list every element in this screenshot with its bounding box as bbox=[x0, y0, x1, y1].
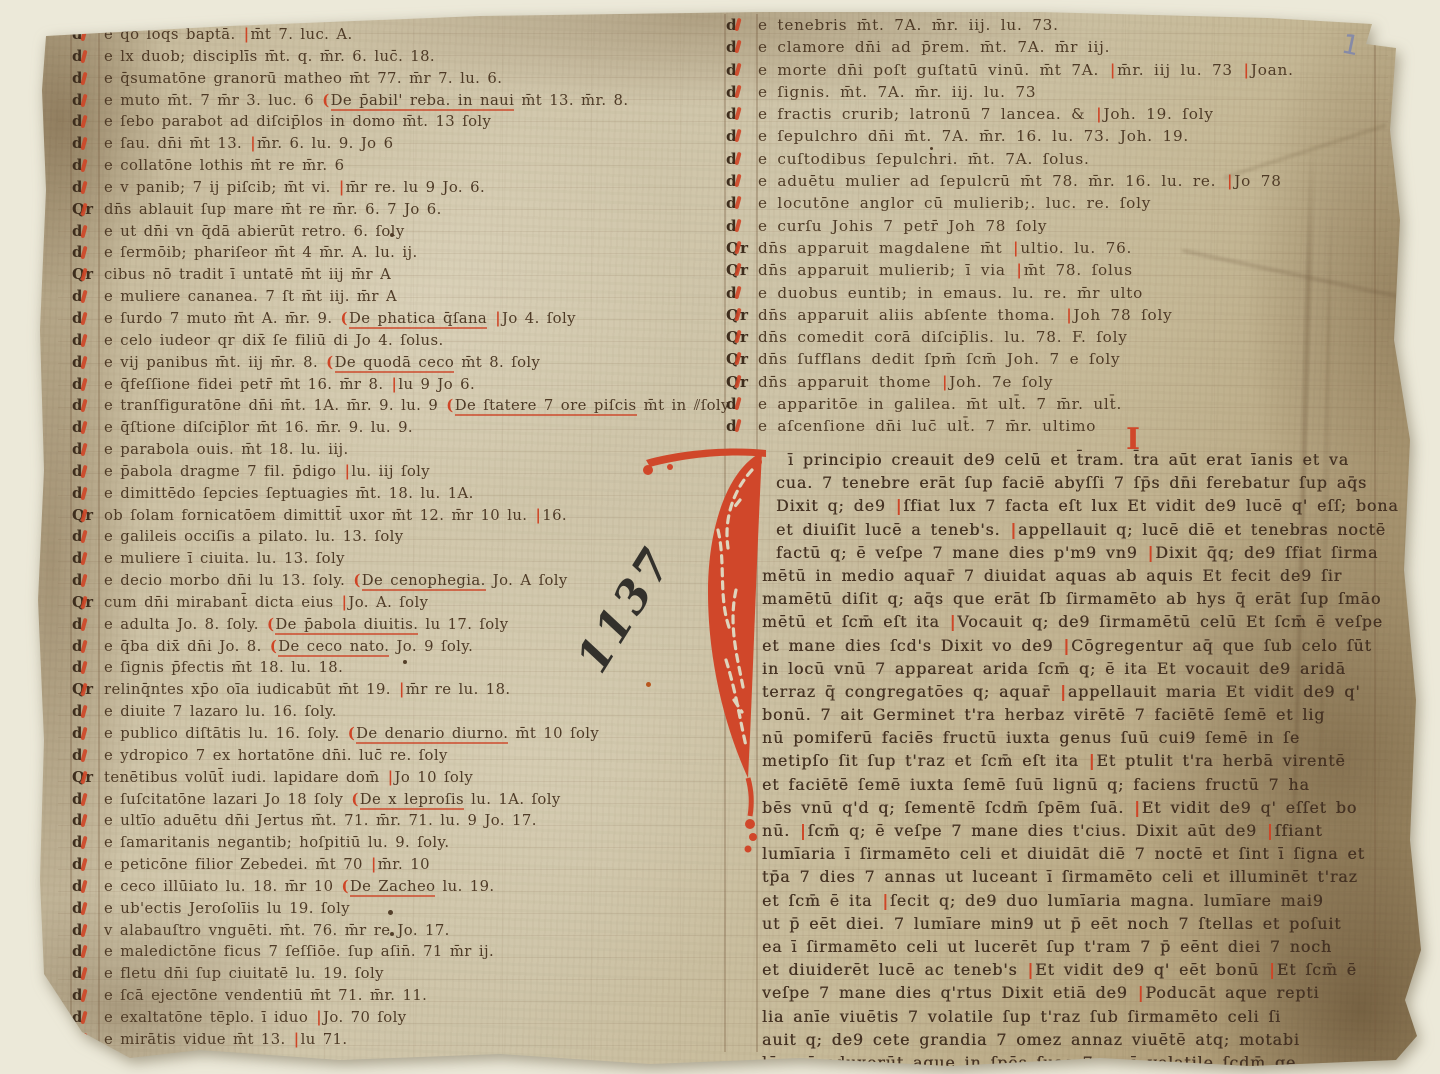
line-text: metipſo ſit ſup t'raz et ſcm̄ eſt ita bbox=[762, 751, 1088, 770]
line-text: e ſau. dn̄i m̄t 13. bbox=[104, 135, 249, 152]
red-touch-mark bbox=[80, 574, 87, 587]
margin-letter: d bbox=[72, 417, 104, 439]
margin-letter: d bbox=[72, 242, 104, 264]
line-text: e fractis crurib; latronū 7 lancea. & bbox=[758, 105, 1095, 123]
line-text: dn̄s comedit corā diſcip̄lis. lu. 78. F.… bbox=[758, 328, 1128, 346]
line-text: e q̄feſſione fidei petr̄ m̄t 16. m̄r 8. bbox=[104, 376, 391, 393]
genesis-line: tp̄a 7 dies 7 annas ut luceant ī ſirmamē… bbox=[762, 865, 1386, 888]
index-line: de muliere ī ciuita. lu. 13. ſoly bbox=[72, 548, 684, 570]
red-touch-mark bbox=[80, 530, 87, 543]
red-touch-mark bbox=[734, 375, 741, 388]
margin-letter: d bbox=[72, 461, 104, 483]
line-text: e vij panibus m̄t. iij m̄r. 8. bbox=[104, 354, 325, 371]
index-line: Qrdn̄s ablauit ſup mare m̄t re m̄r. 6. 7… bbox=[72, 199, 684, 221]
margin-letter: d bbox=[726, 415, 758, 437]
line-text: e ſignis. m̄t. 7A. m̄r. iij. lu. 73 bbox=[758, 83, 1036, 101]
line-text: e exaltatōne tēplo. ī iduo bbox=[104, 1009, 315, 1026]
genesis-line: lē quī pduxerūt aque in ſpēs ſuas 7 omē … bbox=[762, 1051, 1386, 1074]
red-touch-mark bbox=[80, 224, 87, 237]
index-line: Qrdn̄s ſufflans dedit ſpm̄ ſcm̄ Joh. 7 e… bbox=[726, 348, 1390, 370]
red-mark: | bbox=[495, 310, 501, 327]
red-touch-mark bbox=[80, 399, 87, 412]
red-mark: | bbox=[1010, 520, 1017, 539]
margin-letter: d bbox=[72, 854, 104, 876]
red-touch-mark bbox=[80, 246, 87, 259]
red-touch-mark bbox=[80, 1033, 87, 1046]
red-mark: | bbox=[399, 681, 405, 698]
margin-letter: d bbox=[72, 24, 104, 46]
index-line: de mirātis vidue m̄t 13. |lu 71. bbox=[72, 1029, 684, 1051]
line-text: m̄r re. lu 9 Jo. 6. bbox=[346, 179, 485, 196]
index-line: de muliere cananea. 7 ſt m̄t iij. m̄r A bbox=[72, 286, 684, 308]
margin-letter: d bbox=[726, 59, 758, 81]
line-text: appellauit maria Et vidit de9 q' bbox=[1068, 682, 1361, 701]
line-text: Et vidit de9 q' eēt bonū bbox=[1035, 960, 1268, 979]
index-line: de aduētu mulier ad ſepulcrū m̄t 78. m̄r… bbox=[726, 170, 1390, 192]
line-text: m̄t 8. ſoly bbox=[454, 354, 540, 371]
line-text: e qo loq̄s baptā. bbox=[104, 26, 243, 43]
red-touch-mark bbox=[80, 50, 87, 63]
guide-letter-i: I bbox=[1126, 422, 1140, 457]
index-line: de maledictōne ficus 7 ſeſſiōe. ſup aſin… bbox=[72, 941, 684, 963]
genesis-line: metipſo ſit ſup t'raz et ſcm̄ eſt ita |E… bbox=[762, 749, 1386, 772]
line-text: e ſurdo 7 muto m̄t A. m̄r. 9. bbox=[104, 310, 340, 327]
index-line: de collatōne lothis m̄t re m̄r. 6 bbox=[72, 155, 684, 177]
red-touch-mark bbox=[80, 268, 87, 281]
red-touch-mark bbox=[80, 552, 87, 565]
index-line: de muto m̄t. 7 m̄r 3. luc. 6 (De p̄abil'… bbox=[72, 90, 684, 112]
red-touch-mark bbox=[80, 203, 87, 216]
red-mark: | bbox=[882, 891, 889, 910]
line-text: Jo. A ſoly bbox=[486, 572, 568, 589]
genesis-line: et mane dies ſcd's Dixit vo de9 |Cōgrege… bbox=[762, 634, 1386, 657]
line-text: et diuiſit lucē a teneb's. bbox=[776, 520, 1009, 539]
red-touch-mark bbox=[80, 312, 87, 325]
margin-letter: d bbox=[72, 155, 104, 177]
line-text: e morte dn̄i poſt guſtatū vinū. m̄t 7A. bbox=[758, 61, 1109, 79]
margin-letter: d bbox=[726, 36, 758, 58]
margin-letter: d bbox=[726, 125, 758, 147]
margin-letter: d bbox=[72, 963, 104, 985]
line-text: ut p̄ eēt diei. 7 lumīare min9 ut p̄ eēt… bbox=[762, 914, 1342, 933]
line-text: lu. 19. bbox=[435, 878, 494, 895]
red-touch-mark bbox=[80, 28, 87, 41]
index-line: de duobus euntib; in emaus. lu. re. m̄r … bbox=[726, 282, 1390, 304]
line-text: lumīaria ī ſirmamēto celi et diuidāt diē… bbox=[762, 844, 1365, 863]
line-text: Et ptulit t'ra herbā virentē bbox=[1096, 751, 1345, 770]
line-text: e aſcenſione dn̄i luc̄ ult̄. 7 m̄r. ulti… bbox=[758, 417, 1096, 435]
line-text: e muliere cananea. 7 ſt m̄t iij. m̄r A bbox=[104, 288, 397, 305]
line-text: m̄t 78. ſolus bbox=[1024, 261, 1133, 279]
index-line: de ut dn̄i vn q̄dā abierūt retro. 6. ſol… bbox=[72, 221, 684, 243]
line-text: Vocauit q; de9 ſirmamētū celū Et ſcm̄ ē … bbox=[957, 612, 1383, 631]
red-touch-mark bbox=[80, 443, 87, 456]
red-mark: | bbox=[1269, 960, 1276, 979]
line-text: dn̄s ſufflans dedit ſpm̄ ſcm̄ Joh. 7 e ſ… bbox=[758, 350, 1120, 368]
index-line: Qrdn̄s apparuit aliis abſente thoma. |Jo… bbox=[726, 304, 1390, 326]
red-mark: | bbox=[244, 26, 250, 43]
index-line: de parabola ouis. m̄t 18. lu. iij. bbox=[72, 439, 684, 461]
line-text: v alabauſtro vnguēti. m̄t. 76. m̄r re Jo… bbox=[104, 922, 450, 939]
margin-letter: d bbox=[72, 395, 104, 417]
red-touch-mark bbox=[80, 159, 87, 172]
red-mark: | bbox=[294, 1031, 300, 1048]
index-line: de morte dn̄i poſt guſtatū vinū. m̄t 7A.… bbox=[726, 59, 1390, 81]
red-mark: | bbox=[1148, 543, 1155, 562]
genesis-line: mētū et ſcm̄ eſt ita |Vocauit q; de9 ſir… bbox=[762, 610, 1386, 633]
red-touch-mark bbox=[80, 355, 87, 368]
line-text: e apparitōe in galilea. m̄t ult̄. 7 m̄r.… bbox=[758, 395, 1122, 413]
rubric-text: De Zacheo bbox=[350, 878, 436, 897]
red-touch-mark bbox=[734, 174, 741, 187]
genesis-line: ut p̄ eēt diei. 7 lumīare min9 ut p̄ eēt… bbox=[762, 912, 1386, 935]
line-text: 16. bbox=[542, 507, 567, 524]
index-line: de ſignis. m̄t. 7A. m̄r. iij. lu. 73 bbox=[726, 81, 1390, 103]
margin-letter: d bbox=[72, 701, 104, 723]
line-text: ea ī ſirmamēto celi ut lucerēt ſup t'ram… bbox=[762, 937, 1332, 956]
margin-letter: d bbox=[72, 133, 104, 155]
line-text: cibus nō tradit ī untatē m̄t iij m̄r A bbox=[104, 266, 391, 283]
red-touch-mark bbox=[80, 814, 87, 827]
genesis-line: lumīaria ī ſirmamēto celi et diuidāt diē… bbox=[762, 842, 1386, 865]
red-mark: | bbox=[250, 135, 256, 152]
line-text: et mane dies ſcd's Dixit vo de9 bbox=[762, 636, 1062, 655]
margin-letter: d bbox=[72, 46, 104, 68]
red-mark: | bbox=[342, 594, 348, 611]
margin-letter: d bbox=[72, 941, 104, 963]
line-text: ſecit q; de9 duo lumīaria magna. lumīare… bbox=[890, 891, 1324, 910]
margin-letter: d bbox=[726, 81, 758, 103]
red-mark: | bbox=[1063, 636, 1070, 655]
line-text: Joan. bbox=[1251, 61, 1294, 79]
line-text: e ſebo parabot ad diſcip̄los in domo m̄t… bbox=[104, 113, 491, 130]
margin-letter: d bbox=[72, 483, 104, 505]
margin-letter: Qr bbox=[72, 199, 104, 221]
line-text: m̄t in ⫽ſoly bbox=[637, 397, 730, 414]
red-mark: | bbox=[345, 463, 351, 480]
index-line: de ydropico 7 ex hortatōne dn̄i. luc̄ re… bbox=[72, 745, 684, 767]
margin-letter: d bbox=[72, 898, 104, 920]
margin-letter: d bbox=[72, 920, 104, 942]
line-text: lu 17. ſoly bbox=[418, 616, 508, 633]
index-line: de cuſtodibus ſepulchri. m̄t. 7A. ſolus. bbox=[726, 148, 1390, 170]
red-mark: | bbox=[1066, 306, 1072, 324]
index-line: de decio morbo dn̄i lu 13. ſoly. (De cen… bbox=[72, 570, 684, 592]
line-text: dn̄s apparuit aliis abſente thoma. bbox=[758, 306, 1065, 324]
red-touch-mark bbox=[734, 241, 741, 254]
line-text: e v panib; 7 ij piſcib; m̄t vi. bbox=[104, 179, 338, 196]
red-mark: | bbox=[896, 496, 903, 515]
line-text: e q̄sumatōne granorū matheo m̄t 77. m̄r … bbox=[104, 70, 502, 87]
genesis-line: bonū. 7 ait Germinet t'ra herbaz virētē … bbox=[762, 703, 1386, 726]
index-line: de fractis crurib; latronū 7 lancea. & |… bbox=[726, 103, 1390, 125]
red-mark: ( bbox=[351, 791, 358, 808]
line-text: Jo 78 bbox=[1234, 172, 1281, 190]
line-text: e tranſfiguratōne dn̄i m̄t. 1A. m̄r. 9. … bbox=[104, 397, 445, 414]
red-mark: | bbox=[339, 179, 345, 196]
red-touch-mark bbox=[80, 792, 87, 805]
red-touch-mark bbox=[80, 945, 87, 958]
line-text: e aduētu mulier ad ſepulcrū m̄t 78. m̄r.… bbox=[758, 172, 1226, 190]
margin-letter: d bbox=[72, 1007, 104, 1029]
genesis-line: et diuiſit lucē a teneb's. |appellauit q… bbox=[776, 518, 1386, 541]
line-text: e duobus euntib; in emaus. lu. re. m̄r u… bbox=[758, 284, 1143, 302]
line-text: e diuite 7 lazaro lu. 16. ſoly. bbox=[104, 703, 337, 720]
index-line: Qrcum dn̄i mirabant̄ dicta eius |Jo. A. … bbox=[72, 592, 684, 614]
line-text: relinq̄ntes xp̄o oīa iudicabūt m̄t 19. bbox=[104, 681, 398, 698]
rubric-text: De denario diurno. bbox=[356, 725, 508, 744]
red-touch-mark bbox=[734, 152, 741, 165]
red-mark: ( bbox=[267, 616, 274, 633]
parchment-leaf: de qo loq̄s baptā. |m̄t 7. luc. A.de lx … bbox=[0, 0, 1440, 1074]
genesis-text-block: ī principio creauit de9 celū et t̄ram. t… bbox=[762, 448, 1386, 1074]
genesis-line: nū pomiferū faciēs fructū iuxta genus ſu… bbox=[762, 726, 1386, 749]
red-mark: | bbox=[1227, 172, 1233, 190]
line-text: lē quī pduxerūt aque in ſpēs ſuas 7 omē … bbox=[762, 1053, 1296, 1072]
line-text: e locutōne anglor cū mulierib;. luc. re.… bbox=[758, 194, 1151, 212]
line-text: m̄r. iij lu. 73 bbox=[1117, 61, 1242, 79]
index-line: de lx duob; disciplīs m̄t. q. m̄r. 6. lu… bbox=[72, 46, 684, 68]
red-touch-mark bbox=[734, 218, 741, 231]
line-text bbox=[487, 310, 494, 327]
red-touch-mark bbox=[80, 71, 87, 84]
genesis-line: mamētū diſit q; aq̄s que erāt ſb ſirmamē… bbox=[762, 587, 1386, 610]
line-text: dn̄s apparuit mulierib; ī via bbox=[758, 261, 1015, 279]
index-line: de clamore dn̄i ad p̄rem. m̄t. 7A. m̄r i… bbox=[726, 36, 1390, 58]
line-text: Poducāt aque repti bbox=[1145, 983, 1319, 1002]
line-text: m̄t 13. m̄r. 8. bbox=[514, 92, 628, 109]
red-touch-mark bbox=[80, 93, 87, 106]
margin-letter: d bbox=[72, 832, 104, 854]
line-text: e ydropico 7 ex hortatōne dn̄i. luc̄ re.… bbox=[104, 747, 448, 764]
line-text: mētū in medio aquar̄ 7 diuidat aquas ab … bbox=[762, 566, 1342, 585]
margin-letter: d bbox=[726, 14, 758, 36]
index-line: de v panib; 7 ij piſcib; m̄t vi. |m̄r re… bbox=[72, 177, 684, 199]
red-mark: | bbox=[1060, 682, 1067, 701]
index-column-right: de tenebris m̄t. 7A. m̄r. iij. lu. 73.de… bbox=[726, 14, 1390, 438]
line-text: lu. iij ſoly bbox=[351, 463, 430, 480]
line-text: e publico diſtātis lu. 16. ſoly. bbox=[104, 725, 347, 742]
line-text: e celo iudeor qr dix̄ ſe filiū di Jo 4. … bbox=[104, 332, 444, 349]
index-line: de ſcā ejectōne vendentiū m̄t 71. m̄r. 1… bbox=[72, 985, 684, 1007]
rubric-text: De x leproſis bbox=[360, 791, 464, 810]
margin-letter: d bbox=[72, 985, 104, 1007]
genesis-line: Dixit q; de9 |ſfiat lux 7 facta eſt lux … bbox=[776, 494, 1386, 517]
red-touch-mark bbox=[734, 285, 741, 298]
genesis-line: in locū vnū 7 appareat arida ſcm̄ q; ē i… bbox=[762, 657, 1386, 680]
line-text: e ſepulchro dn̄i m̄t. 7A. m̄r. 16. lu. 7… bbox=[758, 127, 1189, 145]
index-line: de diuite 7 lazaro lu. 16. ſoly. bbox=[72, 701, 684, 723]
line-text: mamētū diſit q; aq̄s que erāt ſb ſirmamē… bbox=[762, 589, 1381, 608]
line-text: ſfiant bbox=[1275, 821, 1323, 840]
line-text: Jo. 70 ſoly bbox=[323, 1009, 406, 1026]
index-line: de ſau. dn̄i m̄t 13. |m̄r. 6. lu. 9. Jo … bbox=[72, 133, 684, 155]
red-touch-mark bbox=[734, 352, 741, 365]
red-mark: | bbox=[942, 373, 948, 391]
red-mark: ( bbox=[353, 572, 360, 589]
line-text: m̄t 7. luc. A. bbox=[251, 26, 353, 43]
red-mark: | bbox=[371, 856, 377, 873]
red-mark: ( bbox=[322, 92, 329, 109]
line-text: e peticōne filior Zebedei. m̄t 70 bbox=[104, 856, 370, 873]
line-text: e q̄ſtione diſcip̄lor m̄t 16. m̄r. 9. lu… bbox=[104, 419, 413, 436]
index-line: de qo loq̄s baptā. |m̄t 7. luc. A. bbox=[72, 24, 684, 46]
line-text: cum dn̄i mirabant̄ dicta eius bbox=[104, 594, 341, 611]
genesis-line: factū q; ē veſpe 7 mane dies p'm9 vn9 |D… bbox=[776, 541, 1386, 564]
red-mark: | bbox=[1267, 821, 1274, 840]
red-touch-mark bbox=[80, 749, 87, 762]
red-touch-mark bbox=[80, 705, 87, 718]
line-text: mētū et ſcm̄ eſt ita bbox=[762, 612, 949, 631]
index-line: de galileis occiſis a pilato. lu. 13. ſo… bbox=[72, 526, 684, 548]
line-text: e cuſtodibus ſepulchri. m̄t. 7A. ſolus. bbox=[758, 150, 1090, 168]
red-touch-mark bbox=[734, 263, 741, 276]
line-text: e ſamaritanis negantib; hoſpitiū lu. 9. … bbox=[104, 834, 449, 851]
line-text: Jo. 9 ſoly. bbox=[389, 638, 473, 655]
index-column-left: de qo loq̄s baptā. |m̄t 7. luc. A.de lx … bbox=[72, 24, 684, 1051]
index-line: Qrdn̄s apparuit thome |Joh. 7e ſoly bbox=[726, 371, 1390, 393]
margin-letter: d bbox=[72, 614, 104, 636]
index-line: Qrob ſolam fornicatōem dimittit̄ uxor m̄… bbox=[72, 505, 684, 527]
margin-letter: d bbox=[726, 148, 758, 170]
red-touch-mark bbox=[80, 639, 87, 652]
line-text: dn̄s ablauit ſup mare m̄t re m̄r. 6. 7 J… bbox=[104, 201, 442, 218]
line-text: et ſcm̄ ē ita bbox=[762, 891, 881, 910]
margin-letter: d bbox=[72, 286, 104, 308]
index-line: de q̄sumatōne granorū matheo m̄t 77. m̄r… bbox=[72, 68, 684, 90]
line-text: e ceco illūiato lu. 18. m̄r 10 bbox=[104, 878, 341, 895]
index-line: de peticōne filior Zebedei. m̄t 70 |m̄r.… bbox=[72, 854, 684, 876]
line-text: ultio. lu. 76. bbox=[1020, 239, 1132, 257]
line-text: e galileis occiſis a pilato. lu. 13. ſol… bbox=[104, 528, 404, 545]
genesis-line: et diuiderēt lucē ac teneb's |Et vidit d… bbox=[762, 958, 1386, 981]
red-mark: ( bbox=[270, 638, 277, 655]
index-line: Qrdn̄s comedit corā diſcip̄lis. lu. 78. … bbox=[726, 326, 1390, 348]
line-text: e ſermōib; phariſeor m̄t 4 m̄r. A. lu. i… bbox=[104, 244, 418, 261]
index-line: de ultīo aduētu dn̄i Jertus m̄t. 71. m̄r… bbox=[72, 810, 684, 832]
genesis-line: et ſcm̄ ē ita |ſecit q; de9 duo lumīaria… bbox=[762, 889, 1386, 912]
line-text: lia anīe viuētis 7 volatile ſup t'raz ſu… bbox=[762, 1007, 1281, 1026]
red-touch-mark bbox=[80, 923, 87, 936]
red-mark: | bbox=[1244, 61, 1250, 79]
index-line: de q̄feſſione fidei petr̄ m̄t 16. m̄r 8.… bbox=[72, 374, 684, 396]
rubric-text: De quodā ceco bbox=[335, 354, 455, 373]
margin-letter: d bbox=[72, 636, 104, 658]
red-mark: | bbox=[1089, 751, 1096, 770]
line-text: e collatōne lothis m̄t re m̄r. 6 bbox=[104, 157, 344, 174]
index-line: de publico diſtātis lu. 16. ſoly. (De de… bbox=[72, 723, 684, 745]
red-touch-mark bbox=[734, 18, 741, 31]
red-touch-mark bbox=[80, 290, 87, 303]
line-text: Joh. 7e ſoly bbox=[949, 373, 1053, 391]
red-mark: | bbox=[1110, 61, 1116, 79]
margin-letter: d bbox=[72, 439, 104, 461]
line-text: dn̄s apparuit magdalene m̄t bbox=[758, 239, 1012, 257]
line-text: e fletu dn̄i ſup ciuitatē lu. 19. ſoly bbox=[104, 965, 384, 982]
red-mark: | bbox=[1138, 983, 1145, 1002]
red-touch-mark bbox=[80, 618, 87, 631]
margin-letter: Qr bbox=[726, 304, 758, 326]
index-line: de exaltatōne tēplo. ī iduo |Jo. 70 ſoly bbox=[72, 1007, 684, 1029]
red-touch-mark bbox=[734, 107, 741, 120]
margin-letter: d bbox=[726, 282, 758, 304]
line-text: e ſuſcitatōne lazari Jo 18 ſoly bbox=[104, 791, 350, 808]
index-line: de vij panibus m̄t. iij m̄r. 8. (De quod… bbox=[72, 352, 684, 374]
line-text: ob ſolam fornicatōem dimittit̄ uxor m̄t … bbox=[104, 507, 534, 524]
margin-letter: d bbox=[72, 68, 104, 90]
line-text: e adulta Jo. 8. ſoly. bbox=[104, 616, 266, 633]
index-line: de fletu dn̄i ſup ciuitatē lu. 19. ſoly bbox=[72, 963, 684, 985]
line-text: Dixit q̄q; de9 ſfiat ſirma bbox=[1155, 543, 1378, 562]
line-text: in locū vnū 7 appareat arida ſcm̄ q; ē i… bbox=[762, 659, 1346, 678]
line-text: tp̄a 7 dies 7 annas ut luceant ī ſirmamē… bbox=[762, 867, 1358, 886]
line-text: e mirātis vidue m̄t 13. bbox=[104, 1031, 293, 1048]
line-text: e tenebris m̄t. 7A. m̄r. iij. lu. 73. bbox=[758, 16, 1059, 34]
red-mark: ( bbox=[348, 725, 355, 742]
red-mark: ( bbox=[342, 878, 349, 895]
margin-letter: d bbox=[72, 526, 104, 548]
red-touch-mark bbox=[734, 308, 741, 321]
red-mark: | bbox=[1016, 261, 1022, 279]
line-text: Jo. A. ſoly bbox=[348, 594, 428, 611]
line-text: auit q; de9 cete grandia 7 omez annaz vi… bbox=[762, 1030, 1300, 1049]
line-text: et diuiderēt lucē ac teneb's bbox=[762, 960, 1026, 979]
margin-letter: d bbox=[72, 548, 104, 570]
line-text: terraz q̄ congregatōes q; aquar̄ bbox=[762, 682, 1059, 701]
line-text: e muto m̄t. 7 m̄r 3. luc. 6 bbox=[104, 92, 321, 109]
index-line: de tranſfiguratōne dn̄i m̄t. 1A. m̄r. 9.… bbox=[72, 395, 684, 417]
margin-letter: d bbox=[72, 111, 104, 133]
margin-letter: Qr bbox=[726, 326, 758, 348]
line-text: m̄t 10 ſoly bbox=[508, 725, 599, 742]
line-text: lu. 1A. ſoly bbox=[464, 791, 561, 808]
index-line: Qrtenētibus volūt̄ iudi. lapidare dom̄ |… bbox=[72, 767, 684, 789]
index-line: Qrdn̄s apparuit magdalene m̄t |ultio. lu… bbox=[726, 237, 1390, 259]
rubric-text: De cenophegia. bbox=[362, 572, 486, 591]
red-touch-mark bbox=[80, 902, 87, 915]
rubric-text: De ceco nato. bbox=[278, 638, 389, 657]
line-text: cua. 7 tenebre erāt ſup faciē abyſſi 7 ſ… bbox=[776, 473, 1367, 492]
line-text: lu 71. bbox=[301, 1031, 348, 1048]
red-mark: | bbox=[1013, 239, 1019, 257]
margin-letter: d bbox=[72, 723, 104, 745]
line-text: dn̄s apparuit thome bbox=[758, 373, 941, 391]
line-text: e lx duob; disciplīs m̄t. q. m̄r. 6. luc… bbox=[104, 48, 435, 65]
red-mark: | bbox=[1027, 960, 1034, 979]
red-mark: | bbox=[1134, 798, 1141, 817]
margin-letter: d bbox=[72, 308, 104, 330]
rubric-text: De phatica q̄ſana bbox=[349, 310, 487, 329]
line-text: ſcm̄ q; ē veſpe 7 mane dies t'cius. Dixi… bbox=[808, 821, 1266, 840]
genesis-line: cua. 7 tenebre erāt ſup faciē abyſſi 7 ſ… bbox=[776, 471, 1386, 494]
line-text: e parabola ouis. m̄t 18. lu. iij. bbox=[104, 441, 349, 458]
margin-letter: Qr bbox=[72, 592, 104, 614]
line-text: m̄r re lu. 18. bbox=[406, 681, 511, 698]
red-touch-mark bbox=[734, 419, 741, 432]
index-line: de p̄abola dragme 7 fil. p̄digo |lu. iij… bbox=[72, 461, 684, 483]
margin-letter: Qr bbox=[726, 348, 758, 370]
red-touch-mark bbox=[734, 40, 741, 53]
margin-letter: d bbox=[72, 374, 104, 396]
line-text: e ub'ectis Jeroſolīis lu 19. ſoly bbox=[104, 900, 350, 917]
red-mark: ( bbox=[446, 397, 453, 414]
red-touch-mark bbox=[80, 727, 87, 740]
line-text: e curſu Johis 7 petr̄ Joh 78 ſoly bbox=[758, 217, 1047, 235]
margin-letter: d bbox=[72, 789, 104, 811]
index-line: de dimittēdo ſepcies ſeptuagies m̄t. 18.… bbox=[72, 483, 684, 505]
index-line: de q̄ſtione diſcip̄lor m̄t 16. m̄r. 9. l… bbox=[72, 417, 684, 439]
line-text: e decio morbo dn̄i lu 13. ſoly. bbox=[104, 572, 352, 589]
